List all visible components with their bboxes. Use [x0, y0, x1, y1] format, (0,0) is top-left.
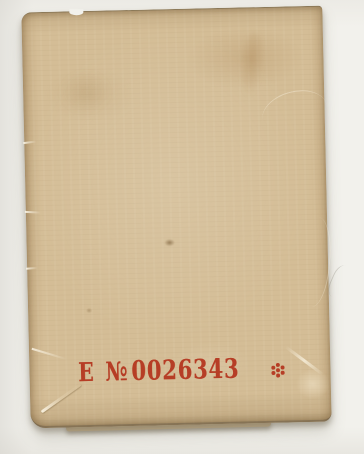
scanner-artifact-crease — [325, 263, 356, 302]
serial-text: Е № 0026343 — [78, 355, 240, 389]
series-letter: Е — [78, 358, 94, 388]
crease — [26, 267, 37, 270]
document-card: Е № 0026343 — [21, 6, 331, 429]
serial-number: 0026343 — [131, 355, 240, 387]
crease — [25, 211, 41, 214]
stain-spot — [165, 239, 175, 246]
stain — [59, 69, 112, 114]
crease — [23, 140, 36, 144]
stain — [236, 31, 266, 99]
crease — [295, 216, 333, 308]
dot-rosette-icon — [269, 362, 286, 379]
scanner-background: Е № 0026343 — [0, 0, 364, 454]
crease — [257, 83, 332, 142]
serial-number-line: Е № 0026343 — [20, 353, 322, 390]
edge-chip — [69, 9, 83, 15]
numero-sign: № — [105, 357, 128, 387]
stain-spot — [86, 308, 92, 313]
